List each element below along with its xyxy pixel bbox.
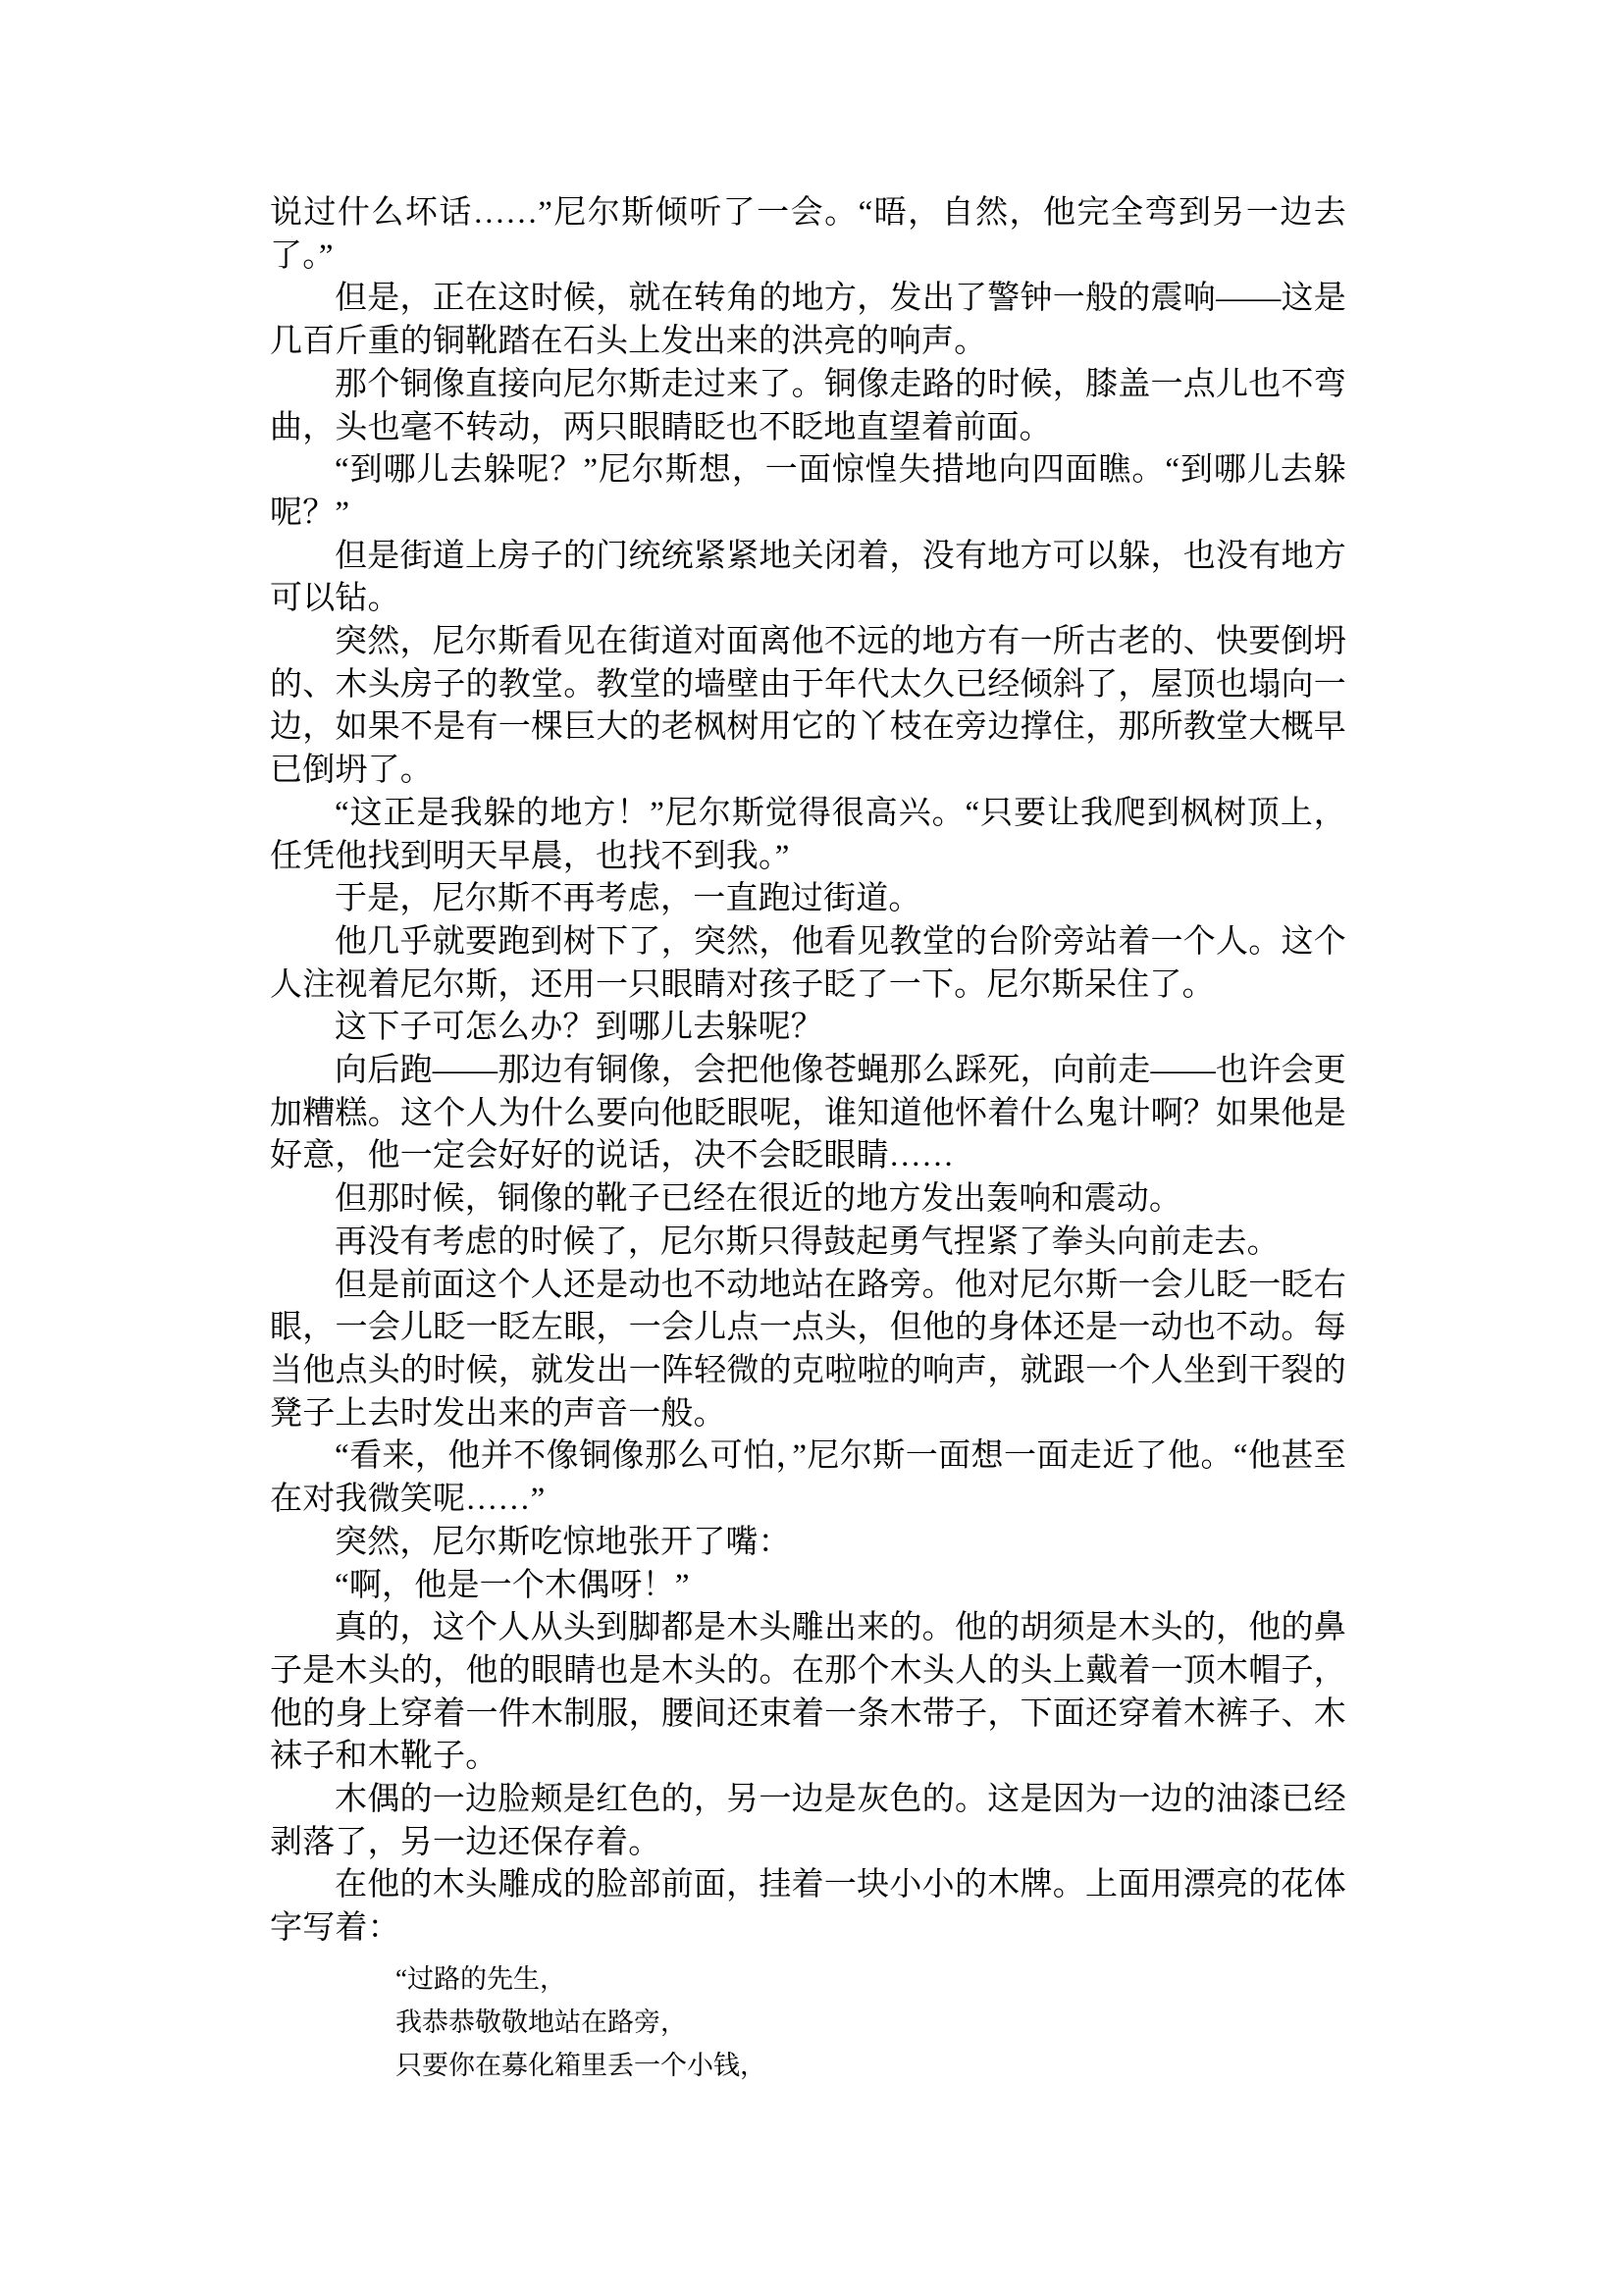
paragraph-5: 但是街道上房子的门统统紧紧地关闭着，没有地方可以躲，也没有地方可以钻。 xyxy=(270,536,1346,621)
paragraph-15: “看来，他并不像铜像那么可怕，”尼尔斯一面想一面走近了他。“他甚至在对我微笑呢…… xyxy=(270,1435,1346,1521)
paragraph-3: 那个铜像直接向尼尔斯走过来了。铜像走路的时候，膝盖一点儿也不弯曲，头也毫不转动，… xyxy=(270,364,1346,449)
verse-line-2: 我恭恭敬敬地站在路旁， xyxy=(395,2001,1346,2044)
paragraph-19: 木偶的一边脸颊是红色的，另一边是灰色的。这是因为一边的油漆已经剥落了，另一边还保… xyxy=(270,1779,1346,1864)
paragraph-1: 说过什么坏话……”尼尔斯倾听了一会。“晤，自然，他完全弯到另一边去了。” xyxy=(270,192,1346,278)
paragraph-12: 但那时候，铜像的靴子已经在很近的地方发出轰响和震动。 xyxy=(270,1178,1346,1222)
paragraph-16: 突然，尼尔斯吃惊地张开了嘴： xyxy=(270,1522,1346,1565)
paragraph-10: 这下子可怎么办？到哪儿去躲呢？ xyxy=(270,1007,1346,1050)
text-block: 说过什么坏话……”尼尔斯倾听了一会。“晤，自然，他完全弯到另一边去了。”但是，正… xyxy=(270,192,1346,2087)
paragraph-13: 再没有考虑的时候了，尼尔斯只得鼓起勇气捏紧了拳头向前走去。 xyxy=(270,1222,1346,1265)
paragraph-14: 但是前面这个人还是动也不动地站在路旁。他对尼尔斯一会儿眨一眨右眼，一会儿眨一眨左… xyxy=(270,1265,1346,1436)
verse-line-3: 只要你在募化箱里丢一个小钱， xyxy=(395,2044,1346,2087)
paragraph-8: 于是，尼尔斯不再考虑，一直跑过街道。 xyxy=(270,878,1346,921)
paragraph-6: 突然，尼尔斯看见在街道对面离他不远的地方有一所古老的、快要倒坍的、木头房子的教堂… xyxy=(270,621,1346,793)
book-page: 说过什么坏话……”尼尔斯倾听了一会。“晤，自然，他完全弯到另一边去了。”但是，正… xyxy=(0,0,1624,2294)
paragraph-18: 真的，这个人从头到脚都是木头雕出来的。他的胡须是木头的，他的鼻子是木头的，他的眼… xyxy=(270,1607,1346,1779)
paragraph-9: 他几乎就要跑到树下了，突然，他看见教堂的台阶旁站着一个人。这个人注视着尼尔斯，还… xyxy=(270,921,1346,1007)
verse-block: “过路的先生，我恭恭敬敬地站在路旁，只要你在募化箱里丢一个小钱， xyxy=(395,1957,1346,2087)
paragraph-4: “到哪儿去躲呢？”尼尔斯想，一面惊惶失措地向四面瞧。“到哪儿去躲呢？” xyxy=(270,449,1346,535)
paragraph-7: “这正是我躲的地方！”尼尔斯觉得很高兴。“只要让我爬到枫树顶上，任凭他找到明天早… xyxy=(270,793,1346,878)
paragraph-20: 在他的木头雕成的脸部前面，挂着一块小小的木牌。上面用漂亮的花体字写着： xyxy=(270,1864,1346,1950)
prose-paragraphs: 说过什么坏话……”尼尔斯倾听了一会。“晤，自然，他完全弯到另一边去了。”但是，正… xyxy=(270,192,1346,1951)
paragraph-2: 但是，正在这时候，就在转角的地方，发出了警钟一般的震响——这是几百斤重的铜靴踏在… xyxy=(270,278,1346,363)
verse-line-1: “过路的先生， xyxy=(395,1957,1346,2001)
paragraph-11: 向后跑——那边有铜像，会把他像苍蝇那么踩死，向前走——也许会更加糟糕。这个人为什… xyxy=(270,1050,1346,1178)
paragraph-17: “啊，他是一个木偶呀！” xyxy=(270,1565,1346,1608)
